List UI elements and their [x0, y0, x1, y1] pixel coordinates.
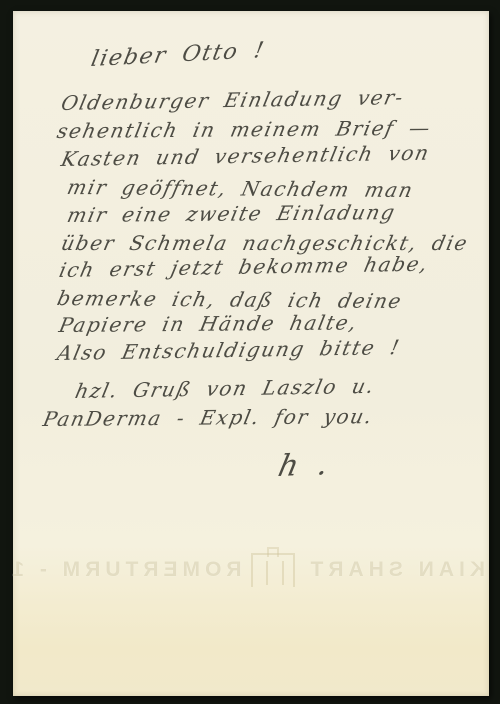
- mirrored-showthrough-watermark: KIAN SHART ROMERTURM - 1: [13, 551, 489, 589]
- letter-line: ich erst jetzt bekomme habe,: [57, 252, 431, 282]
- photo-background: lieber Otto ! Oldenburger Einladung ver-…: [0, 0, 500, 704]
- letter-paper: lieber Otto ! Oldenburger Einladung ver-…: [13, 11, 489, 696]
- tower-logo-icon: [252, 553, 296, 587]
- watermark-text-right: KIAN SHART: [306, 558, 486, 582]
- signature: h .: [275, 447, 333, 484]
- letter-line: mir geöffnet, Nachdem man: [65, 175, 416, 202]
- letter-line: Also Entschuldigung bitte !: [55, 335, 403, 365]
- letter-line: Kasten und versehentlich von: [59, 141, 432, 171]
- letter-line: sehentlich in meinem Brief —: [55, 116, 433, 143]
- letter-line: bemerke ich, daß ich deine: [55, 286, 405, 313]
- closing-line: PanDerma - Expl. for you.: [41, 404, 375, 431]
- watermark-text-left: ROMERTURM - 1: [7, 558, 241, 582]
- closing-line: hzl. Gruß von Laszlo u.: [73, 374, 377, 403]
- salutation-line: lieber Otto !: [89, 38, 267, 72]
- letter-line: Oldenburger Einladung ver-: [59, 85, 407, 115]
- letter-line: mir eine zweite Einladung: [65, 200, 398, 227]
- letter-line: Papiere in Hände halte,: [57, 310, 360, 337]
